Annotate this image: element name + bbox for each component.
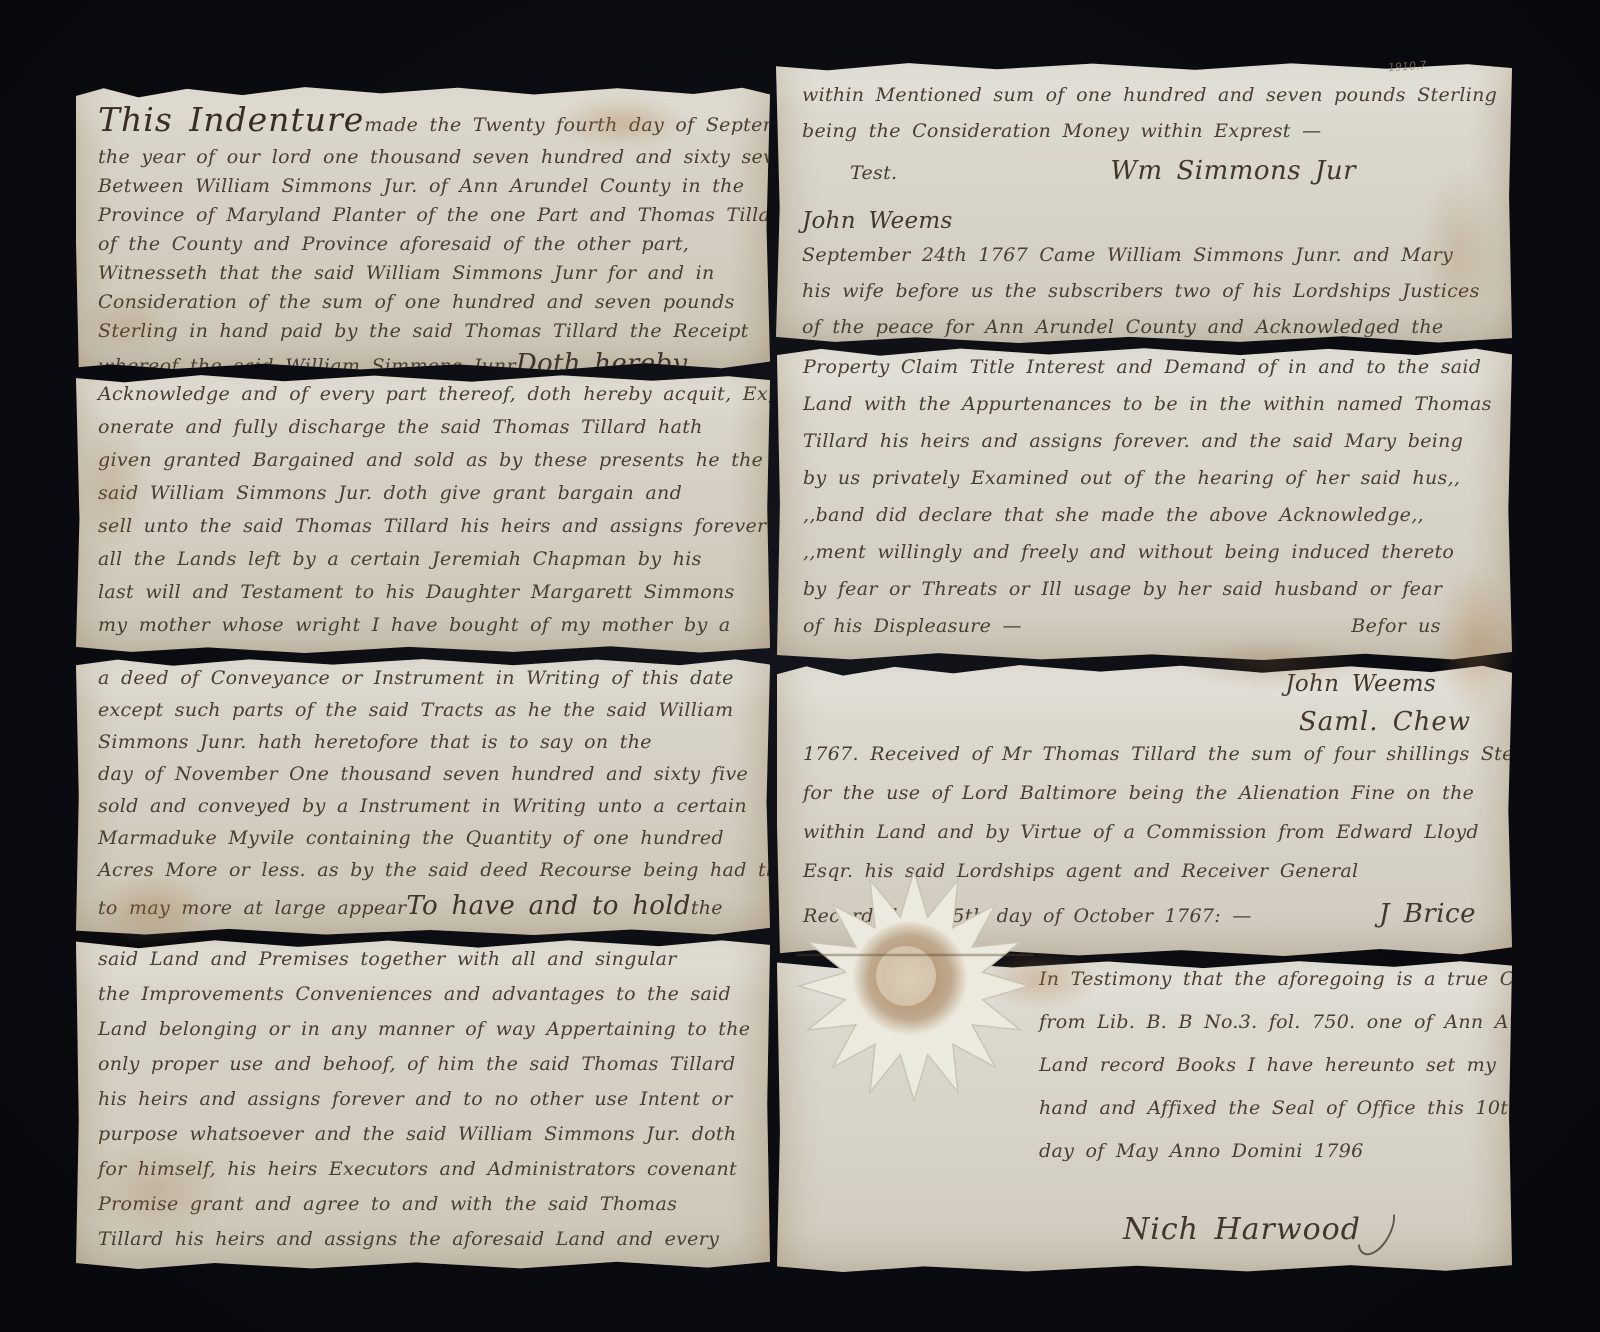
handwritten-line: for the use of Lord Baltimore being the …	[803, 782, 1496, 821]
handwritten-line: from Lib. B. B No.3. fol. 750. one of An…	[1039, 1011, 1496, 1054]
handwritten-line: of the peace for Ann Arundel County and …	[802, 316, 1496, 352]
fold-crease	[796, 954, 1034, 956]
handwritten-line: sell unto the said Thomas Tillard his he…	[98, 515, 756, 548]
handwritten-line: of the County and Province aforesaid of …	[98, 233, 756, 262]
handwritten-line: Tillard his heirs and assigns forever. a…	[803, 430, 1496, 467]
handwritten-line: to may more at large appear To have and …	[98, 891, 756, 923]
document-piece-left-1: This Indenture made the Twenty fourth da…	[76, 86, 770, 370]
handwritten-line: John Weems	[803, 671, 1496, 707]
handwritten-line: September 24th 1767 Came William Simmons…	[802, 244, 1496, 280]
handwritten-line: Property Claim Title Interest and Demand…	[803, 356, 1496, 393]
handwritten-line: Acknowledge and of every part thereof, d…	[98, 383, 756, 416]
handwritten-line: Land record Books I have hereunto set my	[1039, 1054, 1496, 1097]
handwritten-line: by fear or Threats or Ill usage by her s…	[803, 578, 1496, 615]
handwritten-line: Saml. Chew	[803, 707, 1496, 743]
handwritten-line: within Mentioned sum of one hundred and …	[802, 84, 1496, 120]
handwritten-line: Province of Maryland Planter of the one …	[98, 204, 756, 233]
handwritten-line: Sterling in hand paid by the said Thomas…	[98, 320, 756, 349]
document-photo: This Indenture made the Twenty fourth da…	[0, 0, 1600, 1332]
handwritten-line: Nich Harwood	[1123, 1183, 1496, 1226]
handwritten-line: Between William Simmons Jur. of Ann Arun…	[98, 175, 756, 204]
handwritten-line: Land with the Appurtenances to be in the…	[803, 393, 1496, 430]
handwritten-line: said Land and Premises together with all…	[98, 948, 756, 983]
document-piece-right-2: Property Claim Title Interest and Demand…	[777, 347, 1512, 660]
handwritten-line: said William Simmons Jur. doth give gran…	[98, 482, 756, 515]
handwritten-line: within Land and by Virtue of a Commissio…	[803, 821, 1496, 860]
handwritten-line: onerate and fully discharge the said Tho…	[98, 416, 756, 449]
handwritten-line: last will and Testament to his Daughter …	[98, 581, 756, 614]
handwritten-line: for himself, his heirs Executors and Adm…	[98, 1158, 756, 1193]
handwritten-line: Promise grant and agree to and with the …	[98, 1193, 756, 1228]
handwritten-line: purpose whatsoever and the said William …	[98, 1123, 756, 1158]
handwritten-line: of his Displeasure —Befor us	[803, 615, 1496, 652]
handwritten-line: Acres More or less. as by the said deed …	[98, 859, 756, 891]
handwritten-line: by us privately Examined out of the hear…	[803, 467, 1496, 504]
handwritten-line: his wife before us the subscribers two o…	[802, 280, 1496, 316]
handwritten-line: whereof the said William Simmons Junr Do…	[98, 349, 756, 378]
document-piece-left-4: said Land and Premises together with all…	[76, 939, 770, 1269]
handwritten-line: the Improvements Conveniences and advant…	[98, 983, 756, 1018]
handwritten-line: all the Lands left by a certain Jeremiah…	[98, 548, 756, 581]
handwritten-line: In Testimony that the aforegoing is a tr…	[1039, 968, 1496, 1011]
handwritten-line: Tillard his heirs and assigns the afores…	[98, 1228, 756, 1263]
handwritten-line: the year of our lord one thousand seven …	[98, 146, 756, 175]
handwritten-line: This Indenture made the Twenty fourth da…	[98, 100, 756, 146]
handwritten-line: Test.Wm Simmons Jur	[802, 156, 1496, 208]
handwritten-line: sold and conveyed by a Instrument in Wri…	[98, 795, 756, 827]
embossed-star-seal-icon	[794, 866, 1034, 1106]
archival-annotation: 1910.7	[1388, 59, 1427, 75]
handwritten-line: except such parts of the said Tracts as …	[98, 699, 756, 731]
handwritten-line: Land belonging or in any manner of way A…	[98, 1018, 756, 1053]
handwritten-line: ,,band did declare that she made the abo…	[803, 504, 1496, 541]
handwritten-line: ,,ment willingly and freely and without …	[803, 541, 1496, 578]
handwritten-line: John Weems	[802, 208, 1496, 244]
handwritten-line: given granted Bargained and sold as by t…	[98, 449, 756, 482]
handwritten-line: a deed of Conveyance or Instrument in Wr…	[98, 667, 756, 699]
handwritten-line: hand and Affixed the Seal of Office this…	[1039, 1097, 1496, 1140]
handwritten-line: his heirs and assigns forever and to no …	[98, 1088, 756, 1123]
handwritten-line: Witnesseth that the said William Simmons…	[98, 262, 756, 291]
handwritten-line: only proper use and behoof, of him the s…	[98, 1053, 756, 1088]
handwritten-line: Marmaduke Myvile containing the Quantity…	[98, 827, 756, 859]
document-piece-left-2: Acknowledge and of every part thereof, d…	[76, 374, 770, 653]
handwritten-line: 1767. Received of Mr Thomas Tillard the …	[803, 743, 1496, 782]
handwritten-line: day of November One thousand seven hundr…	[98, 763, 756, 795]
handwritten-line: Consideration of the sum of one hundred …	[98, 291, 756, 320]
document-piece-left-3: a deed of Conveyance or Instrument in Wr…	[76, 658, 770, 935]
handwritten-line: day of May Anno Domini 1796	[1039, 1140, 1496, 1183]
handwritten-line: being the Consideration Money within Exp…	[802, 120, 1496, 156]
handwritten-line: Simmons Junr. hath heretofore that is to…	[98, 731, 756, 763]
document-piece-right-1: within Mentioned sum of one hundred and …	[776, 62, 1512, 343]
handwritten-line: my mother whose wright I have bought of …	[98, 614, 756, 647]
